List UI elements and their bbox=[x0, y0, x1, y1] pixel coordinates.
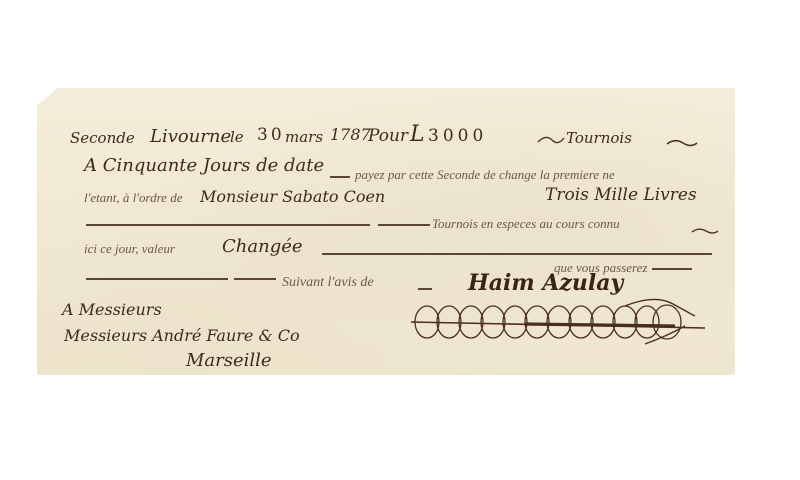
term-handwritten: A Cinquante Jours de date bbox=[84, 157, 324, 175]
blank-rule-5 bbox=[322, 253, 712, 255]
flourish-row4-icon bbox=[690, 226, 720, 236]
flourish-row1-icon bbox=[536, 132, 566, 146]
printed-payez-line: payez par cette Seconde de change la pre… bbox=[355, 168, 615, 181]
signature-text: Haim Azulay bbox=[468, 272, 623, 294]
printed-ici-line: ici ce jour, valeur bbox=[84, 242, 175, 255]
amount-words-handwritten: Trois Mille Livres bbox=[545, 187, 697, 204]
addressee-line2: Messieurs André Faure & Co bbox=[64, 328, 300, 344]
blank-rule-6a bbox=[86, 278, 228, 280]
blank-rule-6b bbox=[234, 278, 276, 280]
blank-rule-4a bbox=[86, 224, 370, 226]
printed-etant-line: l'etant, à l'ordre de bbox=[84, 191, 182, 204]
page-stage: Seconde Livourne le 30 mars 1787 Pour L … bbox=[0, 0, 800, 480]
place-label: Livourne bbox=[150, 128, 231, 146]
date-day: 30 bbox=[257, 127, 285, 144]
value-handwritten: Changée bbox=[222, 238, 303, 256]
copy-label: Seconde bbox=[70, 131, 135, 146]
flourish-tail-row1-icon bbox=[665, 138, 699, 148]
printed-tournois-line: Tournois en especes au cours connu bbox=[432, 217, 620, 230]
printed-suivant-line: Suivant l'avis de bbox=[282, 276, 374, 290]
dash-after-suivant bbox=[418, 288, 432, 290]
blank-rule-6c bbox=[652, 268, 692, 270]
addressee-line1: A Messieurs bbox=[62, 302, 162, 318]
signature-paraph-icon bbox=[405, 296, 715, 350]
addressee-line3: Marseille bbox=[186, 352, 272, 370]
currency-symbol: L bbox=[410, 124, 425, 146]
amount-pour-label: Pour bbox=[368, 128, 408, 145]
date-le: le bbox=[230, 130, 244, 145]
date-year: 1787 bbox=[330, 127, 371, 143]
dash-after-term bbox=[330, 176, 350, 178]
amount-figure: 3000 bbox=[428, 128, 487, 145]
payee-handwritten: Monsieur Sabato Coen bbox=[200, 189, 385, 205]
blank-rule-4b bbox=[378, 224, 430, 226]
date-month: mars bbox=[285, 130, 323, 145]
currency-unit: Tournois bbox=[566, 131, 632, 146]
